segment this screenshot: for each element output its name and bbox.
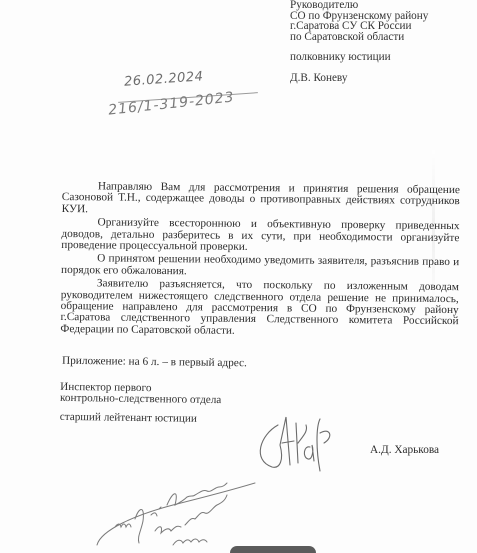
addressee-line: г.Саратова СУ СК России: [290, 21, 428, 32]
addressee-name: Д.В. Коневу: [290, 73, 428, 84]
registration-date: 26.02.2024: [124, 69, 204, 90]
addressee-block: Руководителю СО по Фрунзенскому району г…: [290, 0, 428, 83]
body-paragraph: Организуйте всестороннюю и объективную п…: [61, 217, 459, 255]
body-paragraph: О принятом решении необходимо уведомить …: [61, 253, 459, 280]
signer-position: контрольно-следственного отдела: [60, 393, 221, 406]
addressee-line: по Саратовской области: [290, 32, 428, 43]
home-indicator-bar[interactable]: [230, 546, 316, 553]
body-paragraph: Направляю Вам для рассмотрения и приняти…: [62, 181, 460, 219]
handwritten-resolution: [95, 475, 265, 553]
addressee-rank: полковнику юстиции: [290, 52, 428, 63]
addressee-line: Руководителю: [290, 0, 428, 11]
body-paragraph: Заявителю разъясняется, что поскольку по…: [60, 278, 459, 339]
signer-name: А.Д. Харькова: [370, 444, 439, 456]
document-page: Руководителю СО по Фрунзенскому району г…: [0, 0, 477, 553]
signer-block: Инспектор первого контрольно-следственно…: [60, 382, 222, 425]
handwritten-signature: [250, 405, 340, 480]
signer-rank: старший лейтенант юстиции: [60, 412, 221, 425]
registration-number: 216/1-319-2023: [108, 89, 236, 118]
attachment-note: Приложение: на 6 л. – в первый адрес.: [62, 355, 247, 370]
letter-body: Направляю Вам для рассмотрения и приняти…: [60, 181, 460, 339]
